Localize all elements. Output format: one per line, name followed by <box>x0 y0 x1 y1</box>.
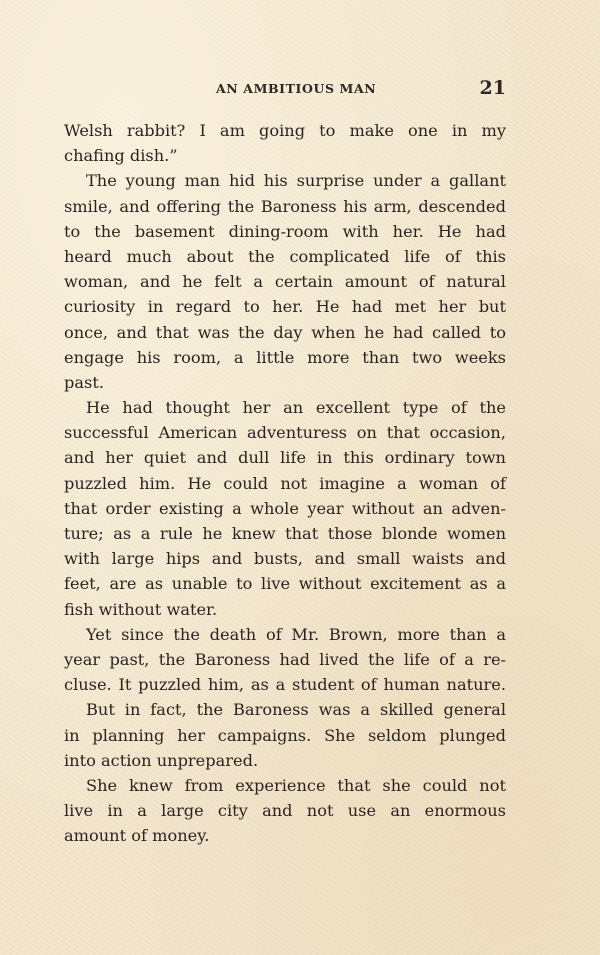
text-line: ture; as a rule he knew that those blond… <box>64 521 506 546</box>
paragraph: She knew from experience that she could … <box>64 773 506 849</box>
text-line: engage his room, a little more than two … <box>64 345 506 370</box>
text-line: He had thought her an excellent type of … <box>64 395 506 420</box>
running-title: AN AMBITIOUS MAN <box>216 81 376 96</box>
running-head: AN AMBITIOUS MAN 21 <box>64 78 506 102</box>
text-line: smile, and offering the Baroness his arm… <box>64 194 506 219</box>
book-page: AN AMBITIOUS MAN 21 Welsh rabbit? I am g… <box>64 78 506 848</box>
paragraph: But in fact, the Baroness was a skilled … <box>64 697 506 773</box>
text-line: Yet since the death of Mr. Brown, more t… <box>64 622 506 647</box>
paragraph: Welsh rabbit? I am going to make one in … <box>64 118 506 168</box>
text-line: live in a large city and not use an enor… <box>64 798 506 823</box>
text-line: fish without water. <box>64 597 506 622</box>
paragraph: The young man hid his surprise under a g… <box>64 168 506 395</box>
text-line: to the basement dining-room with her. He… <box>64 219 506 244</box>
paragraph: He had thought her an excellent type of … <box>64 395 506 622</box>
text-line: into action unprepared. <box>64 748 506 773</box>
text-line: once, and that was the day when he had c… <box>64 320 506 345</box>
text-line: puzzled him. He could not imagine a woma… <box>64 471 506 496</box>
text-line: woman, and he felt a certain amount of n… <box>64 269 506 294</box>
text-line: But in fact, the Baroness was a skilled … <box>64 697 506 722</box>
page-number: 21 <box>480 77 506 99</box>
text-line: Welsh rabbit? I am going to make one in … <box>64 118 506 143</box>
text-line: chafing dish.” <box>64 143 506 168</box>
text-line: curiosity in regard to her. He had met h… <box>64 294 506 319</box>
text-line: past. <box>64 370 506 395</box>
text-line: cluse. It puzzled him, as a student of h… <box>64 672 506 697</box>
body-text: Welsh rabbit? I am going to make one in … <box>64 118 506 848</box>
text-line: amount of money. <box>64 823 506 848</box>
text-line: The young man hid his surprise under a g… <box>64 168 506 193</box>
text-line: in planning her campaigns. She seldom pl… <box>64 723 506 748</box>
text-line: successful American adventuress on that … <box>64 420 506 445</box>
text-line: year past, the Baroness had lived the li… <box>64 647 506 672</box>
paragraph: Yet since the death of Mr. Brown, more t… <box>64 622 506 698</box>
text-line: feet, are as unable to live without exci… <box>64 571 506 596</box>
text-line: that order existing a whole year without… <box>64 496 506 521</box>
text-line: and her quiet and dull life in this ordi… <box>64 445 506 470</box>
text-line: She knew from experience that she could … <box>64 773 506 798</box>
text-line: with large hips and busts, and small wai… <box>64 546 506 571</box>
text-line: heard much about the complicated life of… <box>64 244 506 269</box>
